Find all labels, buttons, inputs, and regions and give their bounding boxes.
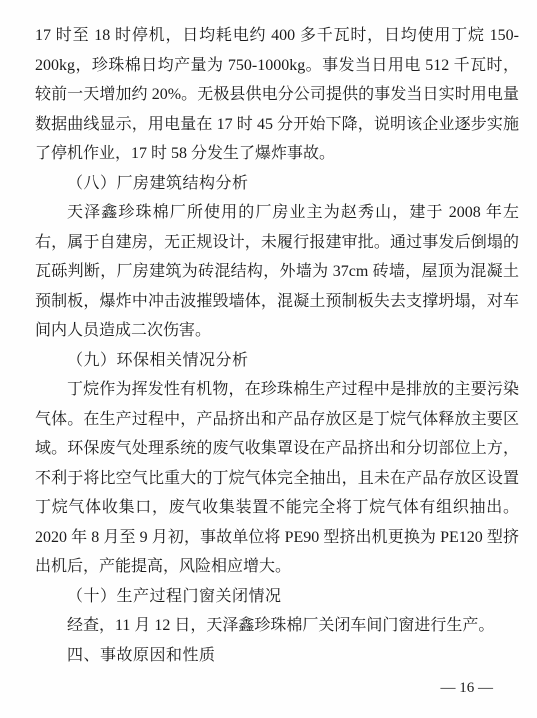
heading-section-10-doors-windows: （十）生产过程门窗关闭情况 [35, 582, 519, 612]
page-footer: — 16 — [441, 680, 494, 697]
paragraph-doors-windows-closed: 经查，11 月 12 日，天泽鑫珍珠棉厂关闭车间门窗进行生产。 [35, 611, 519, 641]
heading-section-9-environmental: （九）环保相关情况分析 [35, 346, 519, 376]
document-page: 17 时至 18 时停机，日均耗电约 400 多千瓦时，日均使用丁烷 150-2… [0, 0, 537, 718]
page-content: 17 时至 18 时停机，日均耗电约 400 多千瓦时，日均使用丁烷 150-2… [35, 21, 519, 670]
paragraph-environmental-analysis: 丁烷作为挥发性有机物，在珍珠棉生产过程中是排放的主要污染气体。在生产过程中，产品… [35, 375, 519, 582]
page-number: — 16 — [441, 680, 494, 696]
heading-section-8-building-structure: （八）厂房建筑结构分析 [35, 169, 519, 199]
paragraph-building-structure: 天泽鑫珍珠棉厂所使用的厂房业主为赵秀山，建于 2008 年左右，属于自建房，无正… [35, 198, 519, 346]
heading-chapter-4-accident-cause: 四、事故原因和性质 [35, 641, 519, 671]
paragraph-power-consumption: 17 时至 18 时停机，日均耗电约 400 多千瓦时，日均使用丁烷 150-2… [35, 21, 519, 169]
